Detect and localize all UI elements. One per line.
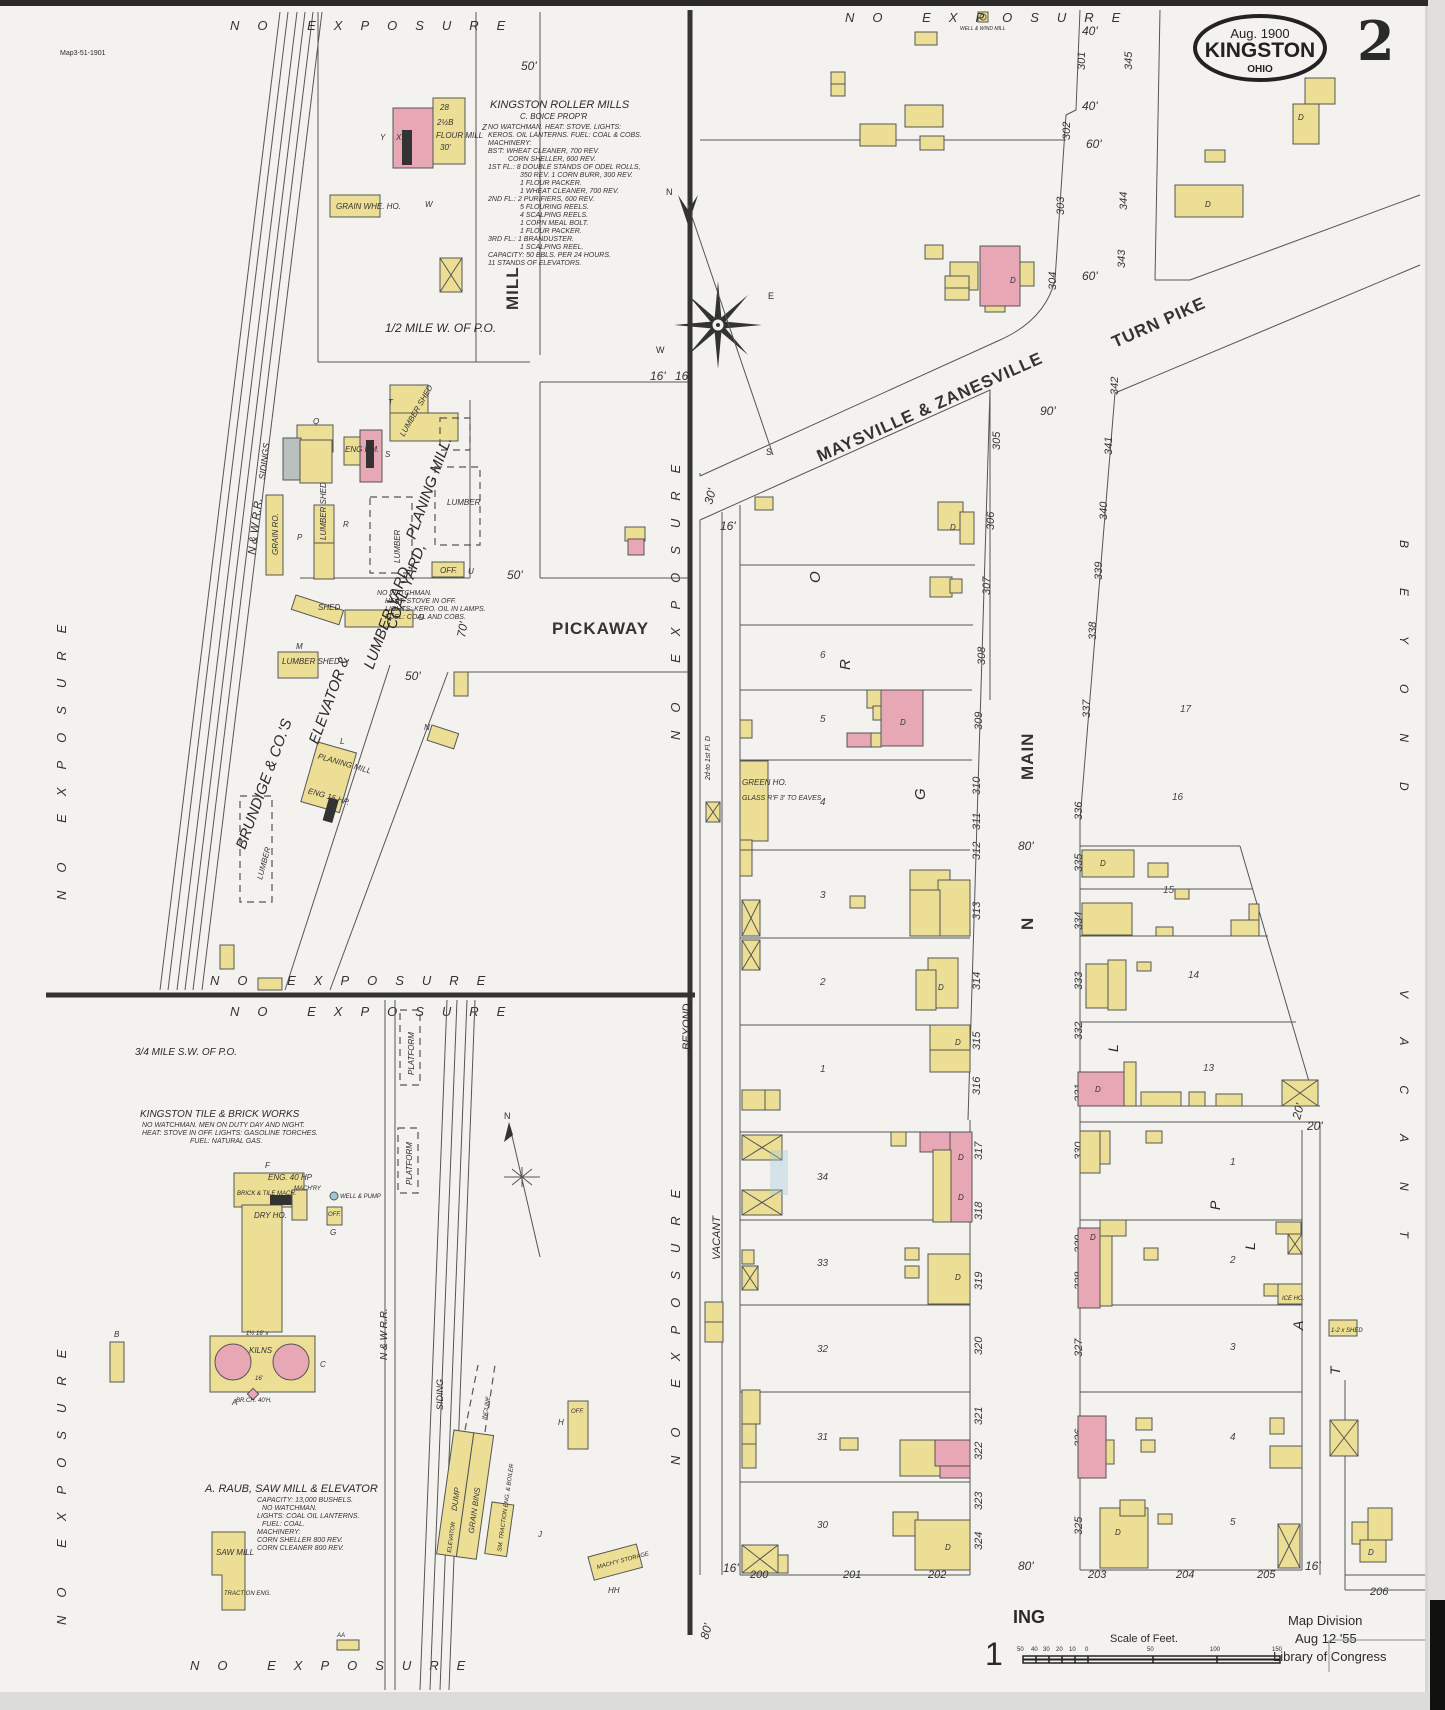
svg-text:203: 203 <box>1087 1569 1107 1581</box>
svg-text:340: 340 <box>1098 501 1110 520</box>
svg-text:50': 50' <box>521 59 537 73</box>
svg-text:1-2 x SHED: 1-2 x SHED <box>1331 1328 1363 1334</box>
svg-text:MACHINERY:: MACHINERY: <box>488 140 531 147</box>
svg-text:343: 343 <box>1116 249 1128 268</box>
svg-text:Y: Y <box>380 133 386 142</box>
svg-text:14: 14 <box>1188 970 1200 981</box>
svg-text:30: 30 <box>817 1520 829 1531</box>
svg-text:KILNS: KILNS <box>249 1346 273 1355</box>
svg-text:N & W R.R.: N & W R.R. <box>379 1308 390 1360</box>
svg-text:315: 315 <box>971 1031 983 1050</box>
title-cartouche: Aug. 1900 KINGSTON OHIO <box>1195 16 1325 80</box>
svg-text:34: 34 <box>817 1172 829 1183</box>
svg-text:LIGHTS: COAL OIL LANTERNS.: LIGHTS: COAL OIL LANTERNS. <box>257 1513 359 1520</box>
svg-text:Aug 12 '55: Aug 12 '55 <box>1295 1631 1357 1646</box>
svg-text:327: 327 <box>1073 1338 1085 1357</box>
svg-text:D: D <box>1115 1528 1121 1537</box>
edge-no-exposure-upper-right: NO EXPOSURE <box>668 447 683 740</box>
svg-text:L: L <box>1242 1242 1258 1250</box>
svg-text:31: 31 <box>817 1432 828 1443</box>
svg-text:30: 30 <box>1043 1647 1050 1653</box>
svg-text:80': 80' <box>1018 839 1034 853</box>
svg-text:PLATFORM: PLATFORM <box>405 1142 414 1185</box>
svg-text:G: G <box>330 1228 336 1237</box>
svg-text:HH: HH <box>608 1586 620 1595</box>
svg-text:15: 15 <box>1163 885 1175 896</box>
svg-text:70': 70' <box>454 620 471 639</box>
svg-text:NO WATCHMAN. HEAT: STOVE. LIGH: NO WATCHMAN. HEAT: STOVE. LIGHTS: <box>488 124 621 131</box>
svg-text:LUMBER SHED: LUMBER SHED <box>319 482 328 540</box>
svg-text:50': 50' <box>507 568 523 582</box>
svg-text:D: D <box>1205 200 1211 209</box>
svg-text:1ST FL.: 8 DOUBLE STANDS OF OD: 1ST FL.: 8 DOUBLE STANDS OF ODEL ROLLS, <box>488 164 641 171</box>
svg-text:3/4 MILE S.W. OF P.O.: 3/4 MILE S.W. OF P.O. <box>135 1047 237 1058</box>
street-ing: ING <box>1013 1607 1045 1627</box>
svg-text:D: D <box>958 1153 964 1162</box>
svg-text:304: 304 <box>1047 272 1059 290</box>
svg-text:2ND FL.: 2 PURIFIERS, 600 REV.: 2ND FL.: 2 PURIFIERS, 600 REV. <box>487 196 595 203</box>
svg-text:FUEL: COAL.: FUEL: COAL. <box>262 1521 305 1528</box>
svg-text:Q: Q <box>313 417 319 426</box>
svg-text:NO WATCHMAN.: NO WATCHMAN. <box>262 1505 317 1512</box>
svg-text:CAPACITY: 13,000 BUSHELS.: CAPACITY: 13,000 BUSHELS. <box>257 1497 353 1504</box>
svg-text:WELL & PUMP: WELL & PUMP <box>340 1194 381 1200</box>
sheet-number: 2 <box>1357 9 1395 73</box>
edge-vacant: VACANT <box>1397 990 1411 1278</box>
svg-text:CORN SHELLER, 600 REV.: CORN SHELLER, 600 REV. <box>508 156 596 163</box>
svg-text:325: 325 <box>1073 1516 1085 1535</box>
svg-text:GRAIN RO.: GRAIN RO. <box>271 513 280 555</box>
svg-text:N: N <box>504 1111 511 1121</box>
street-pickaway: PICKAWAY <box>552 619 649 638</box>
svg-text:40: 40 <box>1031 1647 1038 1653</box>
svg-text:N: N <box>1018 917 1037 930</box>
svg-text:307: 307 <box>981 576 993 595</box>
svg-text:1 SCALPING REEL.: 1 SCALPING REEL. <box>520 244 583 251</box>
svg-text:D: D <box>1100 859 1106 868</box>
svg-text:1/2 MILE W. OF P.O.: 1/2 MILE W. OF P.O. <box>385 321 496 335</box>
svg-text:309: 309 <box>973 712 985 730</box>
svg-text:GREEN HO.: GREEN HO. <box>742 778 787 787</box>
svg-text:S: S <box>766 447 772 457</box>
svg-text:5 FLOURING REELS.: 5 FLOURING REELS. <box>520 204 589 211</box>
svg-text:100: 100 <box>1210 1647 1221 1653</box>
svg-text:200: 200 <box>749 1569 769 1581</box>
svg-text:BRICK & TILE MACH.: BRICK & TILE MACH. <box>237 1191 296 1197</box>
svg-text:MACH'RY: MACH'RY <box>294 1186 322 1192</box>
svg-text:50': 50' <box>405 669 421 683</box>
svg-text:D: D <box>1090 1233 1096 1242</box>
svg-text:2d-to 1st Fl. D: 2d-to 1st Fl. D <box>705 736 712 781</box>
svg-text:33: 33 <box>817 1258 829 1269</box>
svg-text:17: 17 <box>1180 704 1192 715</box>
svg-text:301: 301 <box>1076 52 1088 70</box>
svg-text:HEAT: STOVE IN OFF. LIGHTS: GA: HEAT: STOVE IN OFF. LIGHTS: GASOLINE TOR… <box>142 1130 318 1137</box>
svg-text:D: D <box>945 1543 951 1552</box>
svg-text:Scale of Feet.: Scale of Feet. <box>1110 1633 1178 1645</box>
svg-text:A: A <box>231 1398 237 1407</box>
svg-text:30': 30' <box>440 143 451 152</box>
edge-no-exposure-top-right: NO EXPOSURE <box>845 10 1138 25</box>
svg-text:4 SCALPING REELS.: 4 SCALPING REELS. <box>520 212 588 219</box>
svg-text:350 REV. 1 CORN BURR, 300 REV.: 350 REV. 1 CORN BURR, 300 REV. <box>520 172 633 179</box>
svg-text:28: 28 <box>439 103 449 112</box>
svg-text:FLOUR MILL: FLOUR MILL <box>436 131 483 140</box>
svg-text:BS'T: WHEAT CLEANER, 700 REV.: BS'T: WHEAT CLEANER, 700 REV. <box>488 148 599 155</box>
svg-text:316: 316 <box>971 1076 983 1095</box>
svg-text:337: 337 <box>1081 699 1093 718</box>
svg-text:5: 5 <box>1230 1517 1236 1528</box>
edge-no-exposure-left-upper: NO EXPOSURE <box>54 607 69 900</box>
svg-text:CORN CLEANER 800 REV.: CORN CLEANER 800 REV. <box>257 1545 344 1552</box>
svg-text:40': 40' <box>1082 99 1098 113</box>
svg-text:Map Division: Map Division <box>1288 1613 1362 1628</box>
svg-text:ENG RM.: ENG RM. <box>345 445 379 454</box>
svg-text:S: S <box>385 450 391 459</box>
svg-text:3: 3 <box>820 890 826 901</box>
svg-text:C: C <box>320 1360 326 1369</box>
svg-text:SAW MILL: SAW MILL <box>216 1548 254 1557</box>
svg-text:M: M <box>296 642 303 651</box>
svg-text:D: D <box>938 983 944 992</box>
svg-text:32: 32 <box>817 1344 829 1355</box>
svg-text:1 CORN MEAL BOLT.: 1 CORN MEAL BOLT. <box>520 220 588 227</box>
svg-text:3RD FL.: 1 BRANDUSTER.: 3RD FL.: 1 BRANDUSTER. <box>488 236 574 243</box>
svg-text:CAPACITY: 50 BBLS. PER 24 HOUR: CAPACITY: 50 BBLS. PER 24 HOURS. <box>488 252 611 259</box>
svg-text:60': 60' <box>1086 137 1102 151</box>
svg-text:2: 2 <box>1229 1255 1236 1266</box>
svg-text:T: T <box>1327 1365 1343 1375</box>
svg-text:D: D <box>1298 113 1304 122</box>
svg-text:324: 324 <box>973 1532 985 1550</box>
svg-text:BEYOND: BEYOND <box>681 1003 693 1050</box>
svg-text:342: 342 <box>1109 377 1121 395</box>
edge-beyond: BEYOND <box>1397 540 1411 831</box>
pencil-note: Map3-51-1901 <box>60 50 106 57</box>
svg-text:ENG. 40 HP: ENG. 40 HP <box>268 1173 313 1182</box>
svg-text:80': 80' <box>1018 1559 1034 1573</box>
svg-text:320: 320 <box>973 1336 985 1355</box>
svg-text:16': 16' <box>723 1561 739 1575</box>
svg-text:DRY HO.: DRY HO. <box>254 1211 287 1220</box>
svg-text:PLATFORM: PLATFORM <box>407 1032 416 1075</box>
svg-text:205: 205 <box>1256 1569 1276 1581</box>
svg-text:2: 2 <box>819 977 826 988</box>
svg-text:D: D <box>1368 1548 1374 1557</box>
svg-text:O: O <box>807 571 824 583</box>
svg-text:FUEL: NATURAL GAS.: FUEL: NATURAL GAS. <box>190 1138 263 1145</box>
svg-text:OFF.: OFF. <box>440 566 457 575</box>
street-main-upper: MAIN <box>1018 733 1037 780</box>
svg-text:16': 16' <box>650 369 666 383</box>
svg-text:W: W <box>656 345 665 355</box>
svg-text:LUMBER: LUMBER <box>393 529 402 563</box>
svg-text:305: 305 <box>991 431 1003 450</box>
svg-text:204: 204 <box>1175 1569 1194 1581</box>
svg-text:336: 336 <box>1073 801 1085 820</box>
svg-text:16': 16' <box>255 1376 264 1382</box>
svg-text:R: R <box>837 659 854 670</box>
svg-text:345: 345 <box>1123 51 1135 70</box>
svg-text:333: 333 <box>1073 971 1085 990</box>
tile-works-title: KINGSTON TILE & BRICK WORKS <box>140 1109 300 1120</box>
svg-text:40': 40' <box>1082 24 1098 38</box>
svg-text:1 FLOUR PACKER.: 1 FLOUR PACKER. <box>520 180 582 187</box>
svg-text:E: E <box>768 291 774 301</box>
svg-text:319: 319 <box>973 1272 985 1290</box>
saw-mill-title: A. RAUB, SAW MILL & ELEVATOR <box>204 1483 378 1495</box>
svg-text:338: 338 <box>1087 621 1099 640</box>
edge-no-exposure-bottom: NO EXPOSURE <box>190 1658 483 1673</box>
svg-text:B: B <box>114 1330 120 1339</box>
svg-text:16: 16 <box>1172 792 1184 803</box>
svg-text:16': 16' <box>1305 1559 1321 1573</box>
svg-text:1 WHEAT CLEANER, 700 REV.: 1 WHEAT CLEANER, 700 REV. <box>520 188 619 195</box>
svg-text:313: 313 <box>971 901 983 920</box>
svg-text:SHED: SHED <box>318 603 340 612</box>
svg-text:317: 317 <box>973 1141 985 1160</box>
svg-text:10: 10 <box>1069 1647 1076 1653</box>
svg-text:1: 1 <box>1230 1157 1236 1168</box>
svg-text:318: 318 <box>973 1201 985 1220</box>
svg-text:SIDING: SIDING <box>435 1379 445 1410</box>
svg-text:R: R <box>343 520 349 529</box>
svg-text:323: 323 <box>973 1491 985 1510</box>
svg-text:LUMBER SHED: LUMBER SHED <box>282 657 340 666</box>
svg-text:C. BOICE PROP'R: C. BOICE PROP'R <box>520 112 588 121</box>
sanborn-map-sheet: 28 2½B FLOUR MILL 30' Z X W Y GRAIN WHE.… <box>0 0 1445 1710</box>
svg-text:D: D <box>955 1038 961 1047</box>
svg-text:3: 3 <box>1230 1342 1236 1353</box>
svg-text:A: A <box>1290 1321 1306 1331</box>
svg-text:306: 306 <box>985 511 997 530</box>
svg-text:OFF.: OFF. <box>571 1409 584 1415</box>
svg-text:L: L <box>340 737 344 746</box>
svg-text:CORN SHELLER 800 REV.: CORN SHELLER 800 REV. <box>257 1537 343 1544</box>
svg-text:L: L <box>1105 1044 1121 1052</box>
edge-no-exposure-lower-right: NO EXPOSURE <box>668 1172 683 1465</box>
svg-text:2½B: 2½B <box>436 118 454 127</box>
svg-text:GLASS R'F 3' TO EAVES: GLASS R'F 3' TO EAVES <box>742 795 822 802</box>
svg-text:P: P <box>1207 1200 1223 1210</box>
svg-text:WELL & WIND MILL: WELL & WIND MILL <box>960 26 1006 32</box>
svg-text:D: D <box>950 523 956 532</box>
svg-text:50: 50 <box>1017 1647 1024 1653</box>
svg-text:BR.CH. 40'H.: BR.CH. 40'H. <box>236 1398 272 1404</box>
svg-text:339: 339 <box>1093 562 1105 580</box>
svg-text:310: 310 <box>971 776 983 795</box>
svg-text:OFF.: OFF. <box>328 1212 341 1218</box>
svg-text:VACANT: VACANT <box>711 1215 723 1260</box>
svg-text:N: N <box>666 187 673 197</box>
svg-text:GRAIN WHE. HO.: GRAIN WHE. HO. <box>336 202 401 211</box>
svg-text:KINGSTON ROLLER MILLS: KINGSTON ROLLER MILLS <box>490 99 630 111</box>
edge-no-exposure-mid: NO EXPOSURE <box>210 973 503 988</box>
svg-text:U: U <box>468 567 474 576</box>
svg-text:H: H <box>558 1418 564 1427</box>
svg-text:D: D <box>900 718 906 727</box>
svg-text:322: 322 <box>973 1442 985 1460</box>
continuation-sheet-ref: 1 <box>985 1636 1003 1672</box>
svg-text:P: P <box>297 533 303 542</box>
svg-text:6: 6 <box>820 650 826 661</box>
svg-text:332: 332 <box>1073 1022 1085 1040</box>
svg-text:1 FLOUR PACKER.: 1 FLOUR PACKER. <box>520 228 582 235</box>
map-state: OHIO <box>1247 64 1273 75</box>
svg-text:16': 16' <box>675 369 691 383</box>
svg-text:D: D <box>955 1273 961 1282</box>
svg-text:Library of Congress: Library of Congress <box>1273 1649 1387 1664</box>
edge-no-exposure-lower-top: NO EXPOSURE <box>230 1004 523 1019</box>
svg-text:60': 60' <box>1082 269 1098 283</box>
svg-text:321: 321 <box>973 1407 985 1425</box>
svg-text:312: 312 <box>971 842 983 860</box>
svg-text:1: 1 <box>820 1064 826 1075</box>
svg-text:D: D <box>1095 1085 1101 1094</box>
svg-text:302: 302 <box>1061 122 1073 140</box>
svg-text:D: D <box>1010 276 1016 285</box>
svg-text:N: N <box>424 723 430 732</box>
svg-text:G: G <box>912 788 929 800</box>
svg-text:X: X <box>395 133 402 142</box>
svg-text:13: 13 <box>1203 1063 1215 1074</box>
svg-text:303: 303 <box>1055 196 1067 215</box>
svg-text:D: D <box>958 1193 964 1202</box>
edge-no-exposure-top-left: NO EXPOSURE <box>230 18 523 33</box>
svg-text:341: 341 <box>1103 437 1115 455</box>
svg-text:50: 50 <box>1147 1647 1154 1653</box>
svg-text:MACHINERY:: MACHINERY: <box>257 1529 300 1536</box>
map-town: KINGSTON <box>1205 39 1315 62</box>
svg-text:90': 90' <box>1040 404 1056 418</box>
svg-text:20': 20' <box>1306 1119 1323 1133</box>
svg-text:5: 5 <box>820 714 826 725</box>
svg-text:4: 4 <box>1230 1432 1236 1443</box>
svg-text:AA: AA <box>336 1633 345 1639</box>
svg-text:20: 20 <box>1056 1647 1063 1653</box>
svg-text:LUMBER: LUMBER <box>447 498 481 507</box>
svg-text:201: 201 <box>842 1569 861 1581</box>
svg-text:TRACTION ENG.: TRACTION ENG. <box>224 1591 271 1597</box>
svg-text:202: 202 <box>927 1569 946 1581</box>
svg-text:344: 344 <box>1118 192 1130 210</box>
street-mill: MILL <box>503 266 522 310</box>
svg-text:KEROS. OIL LANTERNS. FUEL: COA: KEROS. OIL LANTERNS. FUEL: COAL & COBS. <box>488 132 642 139</box>
svg-text:NO WATCHMAN. MEN ON DUTY DAY A: NO WATCHMAN. MEN ON DUTY DAY AND NIGHT. <box>142 1122 305 1129</box>
svg-text:1½ 16' x: 1½ 16' x <box>246 1330 269 1337</box>
svg-text:206: 206 <box>1369 1586 1389 1598</box>
svg-text:ICE HO.: ICE HO. <box>1282 1296 1304 1302</box>
edge-no-exposure-left-lower: NO EXPOSURE <box>54 1332 69 1625</box>
svg-text:11 STANDS OF ELEVATORS.: 11 STANDS OF ELEVATORS. <box>488 260 582 267</box>
